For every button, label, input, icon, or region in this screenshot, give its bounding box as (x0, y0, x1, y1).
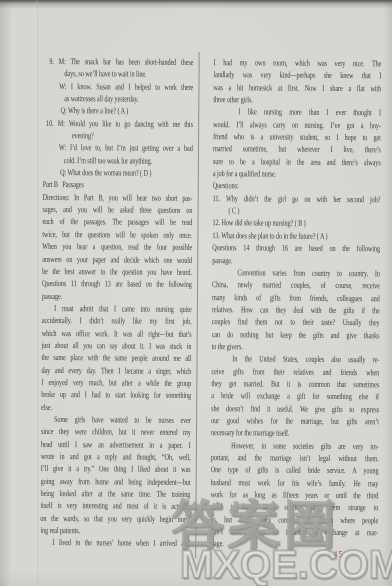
text-line: riage. (210, 538, 378, 552)
text-line: However, in some societies gifts are ver… (211, 439, 379, 453)
text-line: Some girls have wanted to be nurses ever (41, 413, 191, 426)
text-line: sages, and you will be asked three quest… (43, 203, 193, 216)
text-line: One type of gifts is called bride servic… (211, 463, 379, 477)
text-line: our good wishes for the marriage, but gi… (211, 414, 379, 428)
column-divider-rule (195, 52, 200, 558)
text-line: necessary for the marriage itself. (211, 426, 379, 440)
text-line: 10. M: Would you like to go dancing with… (43, 117, 193, 130)
text-line: ceive gifts from their relatives and fri… (211, 365, 379, 379)
text-line: work for as long as fifteen years or unt… (211, 488, 379, 502)
text-line: Part B Passages (43, 178, 193, 191)
text-line: passage. (42, 289, 192, 302)
text-line: a job for a qualified nurse. (213, 167, 381, 181)
text-line: married sometime, but wherever I live, t… (213, 143, 381, 157)
column-left: 9. M: The snack bar has been short-hande… (40, 55, 193, 550)
text-line: to the givers. (212, 340, 380, 354)
text-line: going away from home and being independe… (41, 475, 191, 488)
text-line: friend who is a university student, so I… (213, 130, 381, 144)
text-line: the same place with the same people arou… (42, 351, 192, 364)
text-line: ing real patients. (40, 524, 190, 537)
text-line: accidentally. I didn’t really like my fi… (42, 314, 192, 327)
text-line: W: I know. Susan and I helped to work th… (43, 80, 193, 93)
text-line: husband must work for his wife’s family.… (211, 476, 379, 490)
text-line: 11. Why didn’t the girl go on with her s… (213, 192, 381, 206)
text-line: Questions 11 through 13 are based on the… (42, 277, 192, 290)
text-line: sure to be a hospital in the area and th… (213, 155, 381, 169)
text-line: twice, but the questions will be spoken … (42, 228, 192, 241)
text-line: Directions: In Part B, you will hear two… (43, 191, 193, 204)
text-line: China, newly married couples, of course,… (212, 278, 380, 292)
text-line: I had my own room, which was very nice. … (214, 56, 382, 70)
text-line: on the wards, so that you very quickly b… (40, 512, 190, 525)
text-line: Questions: (213, 180, 381, 194)
text-line: relatives. How can they deal with the gi… (212, 303, 380, 317)
text-line: evening? (43, 129, 193, 142)
text-line: 13. What does she plan to do in the futu… (212, 229, 380, 243)
text-line: itself is very interesting and most of i… (40, 499, 190, 512)
printed-content: 9. M: The snack bar has been short-hande… (0, 0, 392, 586)
text-line: cold. I’m still too weak for anything. (43, 154, 193, 167)
text-line: I like nursing more than I ever thought … (213, 105, 381, 119)
text-line: can do nothing but keep the gifts and gi… (212, 328, 380, 342)
text-line: each of the passages. The passages will … (42, 215, 192, 228)
text-line: answers on your paper and decide which o… (42, 252, 192, 265)
text-line: since they were children, but it never e… (41, 425, 191, 438)
text-line: be the best answer to the question you h… (42, 265, 192, 278)
text-line: I’ll give it a try.” One thing I liked a… (41, 462, 191, 475)
text-line: portant, and the marriage isn’t legal wi… (211, 451, 379, 465)
text-line: broke up and I had to start looking for … (41, 388, 191, 401)
text-line: else. (41, 401, 191, 414)
text-line: they get married. But it is common that … (211, 377, 379, 391)
book-page-photo: 9. M: The snack bar has been short-hande… (0, 0, 392, 586)
text-line: I lived in the nurses’ home when I arriv… (40, 536, 190, 549)
text-line: was a bit homesick at first. Now I share… (213, 81, 381, 95)
text-line: In the United States, couples also usual… (211, 352, 379, 366)
text-line: 9. M: The snack bar has been short-hande… (44, 55, 194, 68)
text-line: days, so we’ll have to wait in line. (43, 67, 193, 80)
text-line: day and every day. Then I became a singe… (41, 364, 191, 377)
text-line: as waitresses all day yesterday. (43, 92, 193, 105)
text-line: Convention varies from country to countr… (212, 266, 380, 280)
text-line: being looked after at the same time. The… (41, 487, 191, 500)
text-line: she doesn’t find it useful. We give gift… (211, 402, 379, 416)
text-line: us, but it is very common in places wher… (210, 513, 378, 527)
text-line: I enjoyed very much, but after a while t… (41, 376, 191, 389)
text-line: When you hear a question, read the four … (42, 240, 192, 253)
text-line: a bride will exchange a gift for somethi… (211, 389, 379, 403)
text-line: landlady was very kind—perhaps she knew … (213, 68, 381, 82)
text-line: passage. (212, 254, 380, 268)
text-line: child is born. Bride service may seem st… (210, 500, 378, 514)
text-line: W: I’d love to, but I’m just getting ove… (43, 141, 193, 154)
text-line: three other girls. (213, 93, 381, 107)
text-line: just about all you can say about it. I w… (42, 339, 192, 352)
text-line: would. I’ll always carry on nursing. I’v… (213, 118, 381, 132)
text-line: 12. How did she take up nursing? ( B ) (212, 217, 380, 231)
text-line: Q: Why is there a line? ( A ) (43, 104, 193, 117)
text-line: which was office work. It was all right—… (42, 326, 192, 339)
text-line: wrote in and got a reply and thought, “O… (41, 450, 191, 463)
page-number: — 145 (314, 549, 344, 559)
text-line: couples find them not to their taste? Us… (212, 315, 380, 329)
text-line: ( C ) (213, 204, 381, 218)
text-line: I must admit that I came into nursing qu… (42, 302, 192, 315)
text-line: head until I saw an advertisement in a p… (41, 438, 191, 451)
column-right: I had my own room, which was very nice. … (210, 56, 381, 551)
text-line: many kinds of gifts from friends, collea… (212, 291, 380, 305)
text-line: Q: What does the woman mean? ( D ) (43, 166, 193, 179)
text-line: Questions 14 through 16 are based on the… (212, 241, 380, 255)
text-line: don’t have money or industry to exchange… (210, 525, 378, 539)
